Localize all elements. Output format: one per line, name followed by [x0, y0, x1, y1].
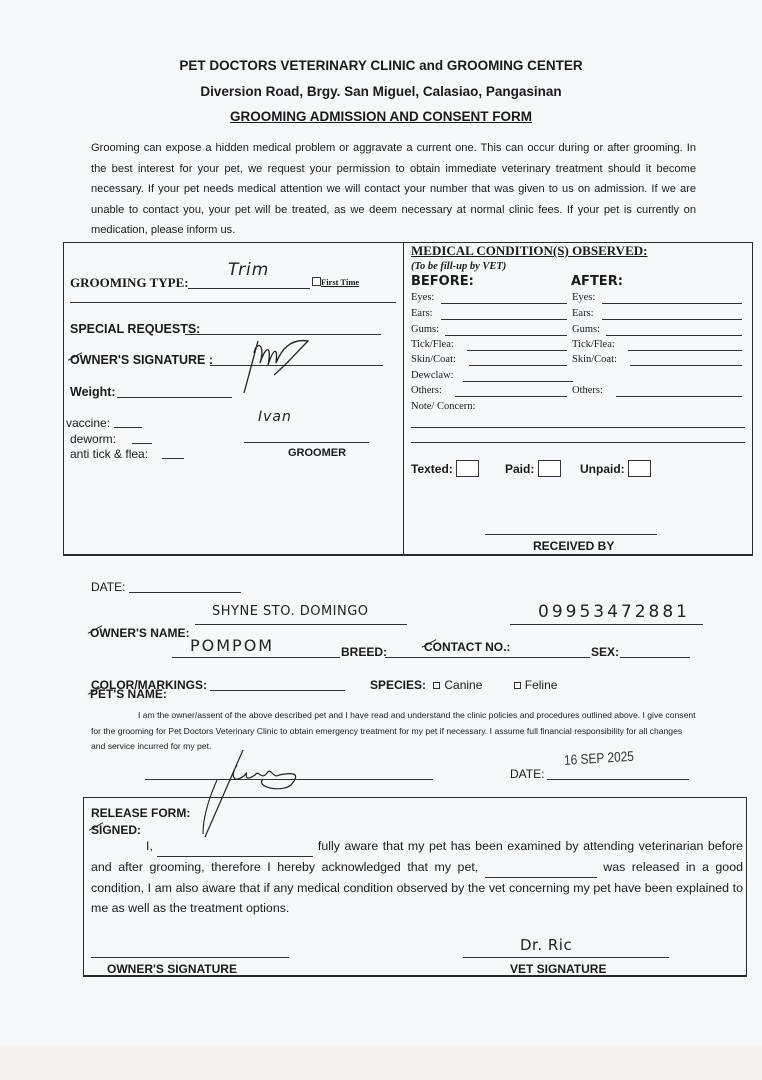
texted-label: Texted:	[411, 462, 453, 476]
signature-overflow-stroke	[195, 778, 220, 838]
grooming-type-field[interactable]	[188, 288, 310, 289]
after-field-label: Others:	[572, 385, 603, 396]
anti-tick-field[interactable]	[162, 458, 184, 459]
release-owner-signature-field[interactable]	[91, 957, 289, 958]
clinic-address: Diversion Road, Brgy. San Miguel, Calasi…	[0, 84, 762, 99]
owner-name-field[interactable]	[195, 624, 407, 625]
feline-label: Feline	[525, 678, 558, 692]
date-field[interactable]	[129, 592, 241, 593]
release-form-title: RELEASE FORM:	[91, 806, 190, 820]
medical-title: MEDICAL CONDITION(S) OBSERVED:	[411, 243, 647, 259]
first-time-box[interactable]	[312, 277, 321, 286]
note-line-2[interactable]	[411, 442, 745, 443]
canine-label: Canine	[444, 678, 482, 692]
owner-name-value: SHYNE STO. DOMINGO	[212, 604, 369, 619]
first-time-checkbox[interactable]: First Time	[312, 277, 359, 287]
after-field-input[interactable]	[616, 396, 742, 397]
before-field-label: Eyes:	[411, 292, 434, 303]
sex-field[interactable]	[620, 657, 690, 658]
after-field-label: Gums:	[572, 324, 600, 335]
breed-label: BREED:	[341, 645, 387, 659]
after-label: AFTER:	[571, 274, 623, 289]
breed-field[interactable]	[385, 657, 590, 658]
release-form-text: I, fully aware that my pet has been exam…	[91, 836, 743, 918]
release-pet-name-field[interactable]	[485, 857, 597, 878]
unpaid-box[interactable]	[628, 460, 651, 477]
box-divider	[403, 242, 404, 556]
feline-checkbox[interactable]	[514, 682, 521, 689]
texted-box[interactable]	[456, 460, 479, 477]
pet-name-value: POMPOM	[190, 636, 274, 655]
consent-date-field[interactable]	[547, 779, 689, 780]
intro-paragraph: Grooming can expose a hidden medical pro…	[91, 138, 696, 241]
release-text-1: I,	[146, 839, 157, 853]
vet-signature-label: VET SIGNATURE	[510, 962, 606, 976]
texted-checkbox[interactable]: Texted:	[411, 460, 479, 477]
consent-text: I am the owner/assent of the above descr…	[91, 708, 697, 755]
received-by-label: RECEIVED BY	[533, 539, 614, 553]
grooming-type-extra-line[interactable]	[70, 302, 396, 303]
scan-margin	[0, 1045, 762, 1080]
species-group: SPECIES: Canine Feline	[370, 678, 557, 692]
vet-signature-field[interactable]	[463, 957, 669, 958]
after-field-label: Skin/Coat:	[572, 354, 617, 365]
unpaid-label: Unpaid:	[580, 462, 625, 476]
received-by-field[interactable]	[485, 534, 657, 535]
release-owner-signature-label: OWNER'S SIGNATURE	[107, 962, 237, 976]
groomer-field[interactable]	[244, 442, 369, 443]
consent-date-label: DATE:	[510, 767, 544, 781]
sex-label: SEX:	[591, 645, 619, 659]
color-markings-field[interactable]	[210, 690, 345, 691]
species-label: SPECIES:	[370, 678, 426, 692]
deworm-field[interactable]	[132, 443, 152, 444]
before-field-input[interactable]	[445, 335, 567, 336]
after-field-input[interactable]	[630, 365, 742, 366]
after-field-input[interactable]	[602, 319, 742, 320]
vet-signature-value: Dr. Ric	[520, 936, 572, 954]
before-field-label: Ears:	[411, 308, 433, 319]
groomer-label: GROOMER	[288, 447, 346, 459]
before-field-input[interactable]	[467, 350, 567, 351]
before-field-label: Gums:	[411, 324, 439, 335]
contact-field[interactable]	[510, 624, 703, 625]
grooming-type-value: Trim	[228, 260, 269, 280]
groomer-name: Ivan	[258, 409, 292, 425]
release-owner-name-field[interactable]	[157, 836, 313, 857]
medical-subtitle: (To be fill-up by VET)	[411, 261, 506, 272]
after-field-label: Eyes:	[572, 292, 595, 303]
contact-value: 09953472881	[538, 602, 690, 622]
paid-checkbox[interactable]: Paid:	[505, 460, 561, 477]
before-field-input[interactable]	[469, 365, 567, 366]
after-field-input[interactable]	[606, 335, 742, 336]
species-feline-option[interactable]: Feline	[514, 678, 558, 692]
species-canine-option[interactable]: Canine	[433, 678, 482, 692]
before-field-label: Tick/Flea:	[411, 339, 454, 350]
before-field-label: Dewclaw:	[411, 370, 454, 381]
canine-checkbox[interactable]	[433, 682, 440, 689]
weight-field[interactable]	[117, 397, 232, 398]
note-concern-label: Note/ Concern:	[411, 401, 475, 412]
owner-signature-scribble	[236, 333, 316, 397]
after-field-input[interactable]	[628, 350, 742, 351]
after-field-input[interactable]	[602, 303, 742, 304]
before-field-input[interactable]	[441, 303, 567, 304]
clinic-name: PET DOCTORS VETERINARY CLINIC and GROOMI…	[0, 58, 762, 73]
before-field-label: Others:	[411, 385, 442, 396]
before-field-input[interactable]	[441, 319, 567, 320]
date-label: DATE:	[91, 580, 125, 594]
special-requests-label: SPECIAL REQUESTS:	[70, 322, 200, 336]
paid-label: Paid:	[505, 462, 534, 476]
grooming-type-label: GROOMING TYPE:	[70, 275, 189, 291]
vaccine-label: vaccine:	[66, 416, 110, 430]
after-field-label: Tick/Flea:	[572, 339, 615, 350]
before-label: BEFORE:	[411, 274, 474, 289]
form-title: GROOMING ADMISSION AND CONSENT FORM	[0, 109, 762, 124]
after-field-label: Ears:	[572, 308, 594, 319]
before-field-input[interactable]	[455, 396, 567, 397]
before-field-label: Skin/Coat:	[411, 354, 456, 365]
color-markings-label: COLOR/MARKINGS:	[91, 678, 207, 692]
unpaid-checkbox[interactable]: Unpaid:	[580, 460, 651, 477]
paid-box[interactable]	[538, 460, 561, 477]
vaccine-field[interactable]	[114, 427, 142, 428]
deworm-label: deworm:	[70, 432, 116, 446]
before-field-input[interactable]	[463, 381, 573, 382]
weight-label: Weight:	[70, 385, 116, 399]
pet-name-field[interactable]	[172, 657, 340, 658]
first-time-label: First Time	[321, 277, 359, 287]
anti-tick-label: anti tick & flea:	[70, 447, 148, 461]
note-line-1[interactable]	[411, 427, 745, 428]
